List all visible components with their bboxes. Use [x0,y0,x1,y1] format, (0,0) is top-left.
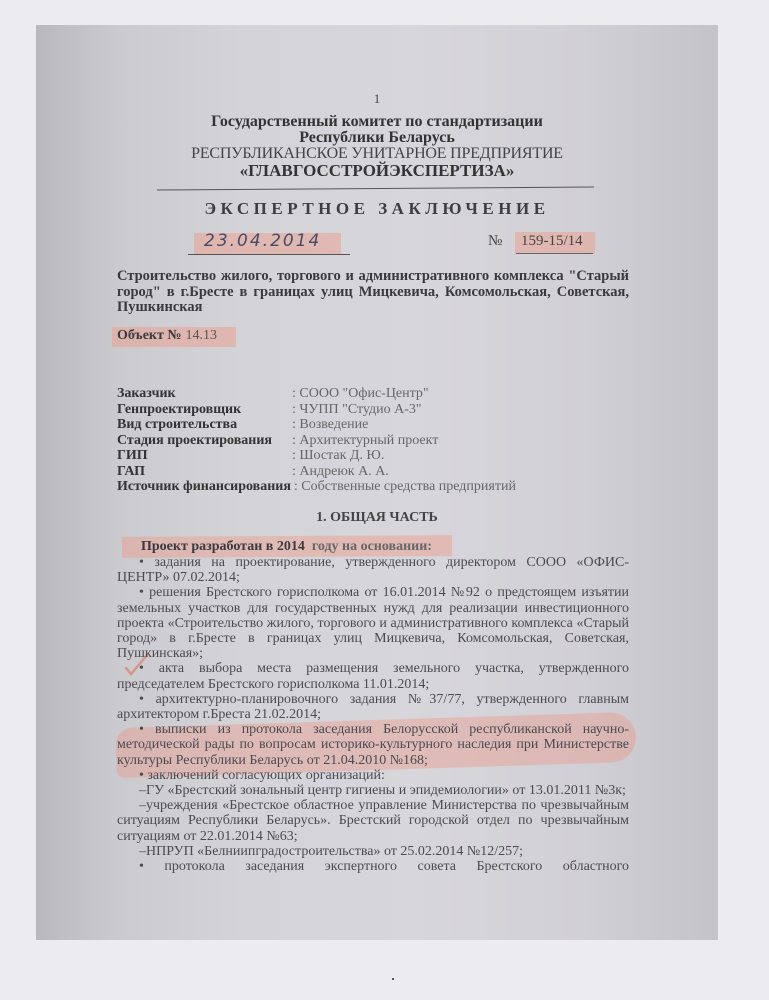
detail-row-construction-type: Вид строительства : Возведение [117,417,516,433]
sub-list-item: –ГУ «Брестский зональный центр гигиены и… [117,783,629,798]
basis-bold: Проект разработан в 2014 [141,539,305,554]
list-item: • выписки из протокола заседания Белорус… [117,722,629,768]
detail-key: Вид строительства [117,417,292,433]
list-item: • заключений согласующих организаций: [117,768,629,783]
detail-key: ГИП [117,448,292,464]
detail-value: : СООО "Офис-Центр" [292,386,429,402]
org-name-line3: РЕСПУБЛИКАНСКОЕ УНИТАРНОЕ ПРЕДПРИЯТИЕ [36,146,718,162]
detail-row-customer: Заказчик : СООО "Офис-Центр" [117,386,516,402]
document-date: 23.04.2014 [204,231,321,251]
section-heading: 1. ОБЩАЯ ЧАСТЬ [36,510,718,526]
org-name-line4: «ГЛАВГОССТРОЙЭКСПЕРТИЗА» [36,162,718,179]
object-label: Объект № [117,328,181,343]
document-title: ЭКСПЕРТНОЕ ЗАКЛЮЧЕНИЕ [36,199,718,219]
header-divider [157,186,594,190]
detail-value: : ЧУПП "Студио А-3" [292,402,422,418]
detail-row-gap: ГАП : Андреюк А. А. [117,464,516,480]
detail-key: Заказчик [117,386,292,402]
page-number: 1 [36,91,718,107]
detail-value: : Андреюк А. А. [292,464,389,480]
basis-rest: году на основании: [312,539,432,554]
number-sign: № [488,233,502,250]
detail-value: : Собственные средства предприятий [294,479,516,495]
detail-key: ГАП [117,464,292,480]
detail-key: Стадия проектирования [117,433,292,449]
object-value: 14.13 [185,328,217,343]
org-name-line2: Республики Беларусь [36,130,718,146]
detail-value: : Архитектурный проект [292,433,438,449]
detail-value: : Шостак Д. Ю. [292,448,384,464]
sub-list-item: –НПРУП «Белниипградостроительства» от 25… [117,844,629,859]
project-name: Строительство жилого, торгового и админи… [117,269,629,316]
detail-row-design-stage: Стадия проектирования : Архитектурный пр… [117,433,516,449]
list-item: • решения Брестского горисполкома от 16.… [117,585,629,661]
list-item: • протокола заседания экспертного совета… [117,859,629,874]
list-item: • акта выбора места размещения земельног… [117,661,629,691]
detail-row-funding: Источник финансирования : Собственные ср… [117,479,516,495]
detail-key: Генпроектировщик [117,402,292,418]
detail-row-general-designer: Генпроектировщик : ЧУПП "Студио А-3" [117,402,516,418]
list-item: • архитектурно-планировочного задания №3… [117,692,629,722]
scan-speck [392,978,394,980]
document-number: 159-15/14 [521,233,583,250]
list-item: • задания на проектирование, утвержденно… [117,555,629,585]
org-name-line1: Государственный комитет по стандартизаци… [36,114,718,130]
object-number: Объект №14.13 [117,328,217,344]
basis-list: • задания на проектирование, утвержденно… [117,555,629,874]
number-underline [516,253,593,254]
date-underline [188,254,350,255]
basis-intro: Проект разработан в 2014 году на основан… [141,539,432,555]
scanned-page: 1 Государственный комитет по стандартиза… [36,25,718,940]
sub-list-item: –учреждения «Брестское областное управле… [117,798,629,844]
detail-value: : Возведение [292,417,368,433]
detail-row-gip: ГИП : Шостак Д. Ю. [117,448,516,464]
details-table: Заказчик : СООО "Офис-Центр" Генпроектир… [117,386,516,495]
detail-key: Источник финансирования [117,479,291,495]
